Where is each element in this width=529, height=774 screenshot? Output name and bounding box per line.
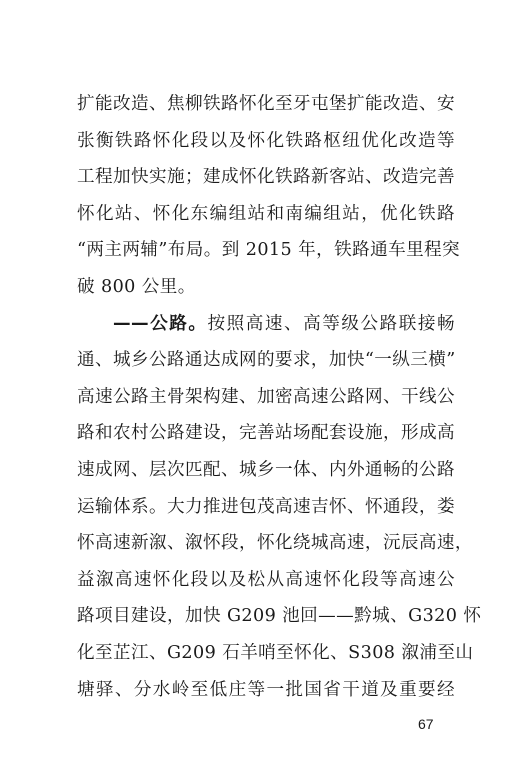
text-line: 运输体系。大力推进包茂高速吉怀、怀通段，娄 xyxy=(77,489,455,526)
text-line: 怀化站、怀化东编组站和南编组站，优化铁路 xyxy=(77,196,455,233)
text-span: 按照高速、高等级公路联接畅 xyxy=(208,314,456,334)
text-line: 路和农村公路建设，完善站场配套设施，形成高 xyxy=(77,415,455,452)
body-text: 扩能改造、焦柳铁路怀化至牙屯堡扩能改造、安 张衡铁路怀化段以及怀化铁路枢纽优化改… xyxy=(77,86,455,708)
paragraph-railway: 扩能改造、焦柳铁路怀化至牙屯堡扩能改造、安 张衡铁路怀化段以及怀化铁路枢纽优化改… xyxy=(77,86,455,306)
text-line: 工程加快实施；建成怀化铁路新客站、改造完善 xyxy=(77,159,455,196)
page-number: 67 xyxy=(418,716,434,732)
text-line: 通、城乡公路通达成网的要求，加快“一纵三横” xyxy=(77,342,455,379)
text-line: 塘驿、分水岭至低庄等一批国省干道及重要经 xyxy=(77,672,455,709)
text-line: 益溆高速怀化段以及松从高速怀化段等高速公 xyxy=(77,562,455,599)
text-line: 路项目建设，加快 G209 池回——黔城、G320 怀 xyxy=(77,598,455,635)
paragraph-highway: ——公路。按照高速、高等级公路联接畅 通、城乡公路通达成网的要求，加快“一纵三横… xyxy=(77,306,455,709)
text-line: 速成网、层次匹配、城乡一体、内外通畅的公路 xyxy=(77,452,455,489)
text-line: 张衡铁路怀化段以及怀化铁路枢纽优化改造等 xyxy=(77,123,455,160)
text-line: 化至芷江、G209 石羊哨至怀化、S308 溆浦至山 xyxy=(77,635,455,672)
text-line-first: ——公路。按照高速、高等级公路联接畅 xyxy=(77,306,455,343)
text-line: 破 800 公里。 xyxy=(77,269,455,306)
book-page: 扩能改造、焦柳铁路怀化至牙屯堡扩能改造、安 张衡铁路怀化段以及怀化铁路枢纽优化改… xyxy=(0,0,529,774)
text-line: 高速公路主骨架构建、加密高速公路网、干线公 xyxy=(77,379,455,416)
text-line: 扩能改造、焦柳铁路怀化至牙屯堡扩能改造、安 xyxy=(77,86,455,123)
section-heading: ——公路。 xyxy=(113,314,208,334)
text-line: 怀高速新溆、溆怀段，怀化绕城高速，沅辰高速， xyxy=(77,525,455,562)
text-line: “两主两辅”布局。到 2015 年，铁路通车里程突 xyxy=(77,232,455,269)
